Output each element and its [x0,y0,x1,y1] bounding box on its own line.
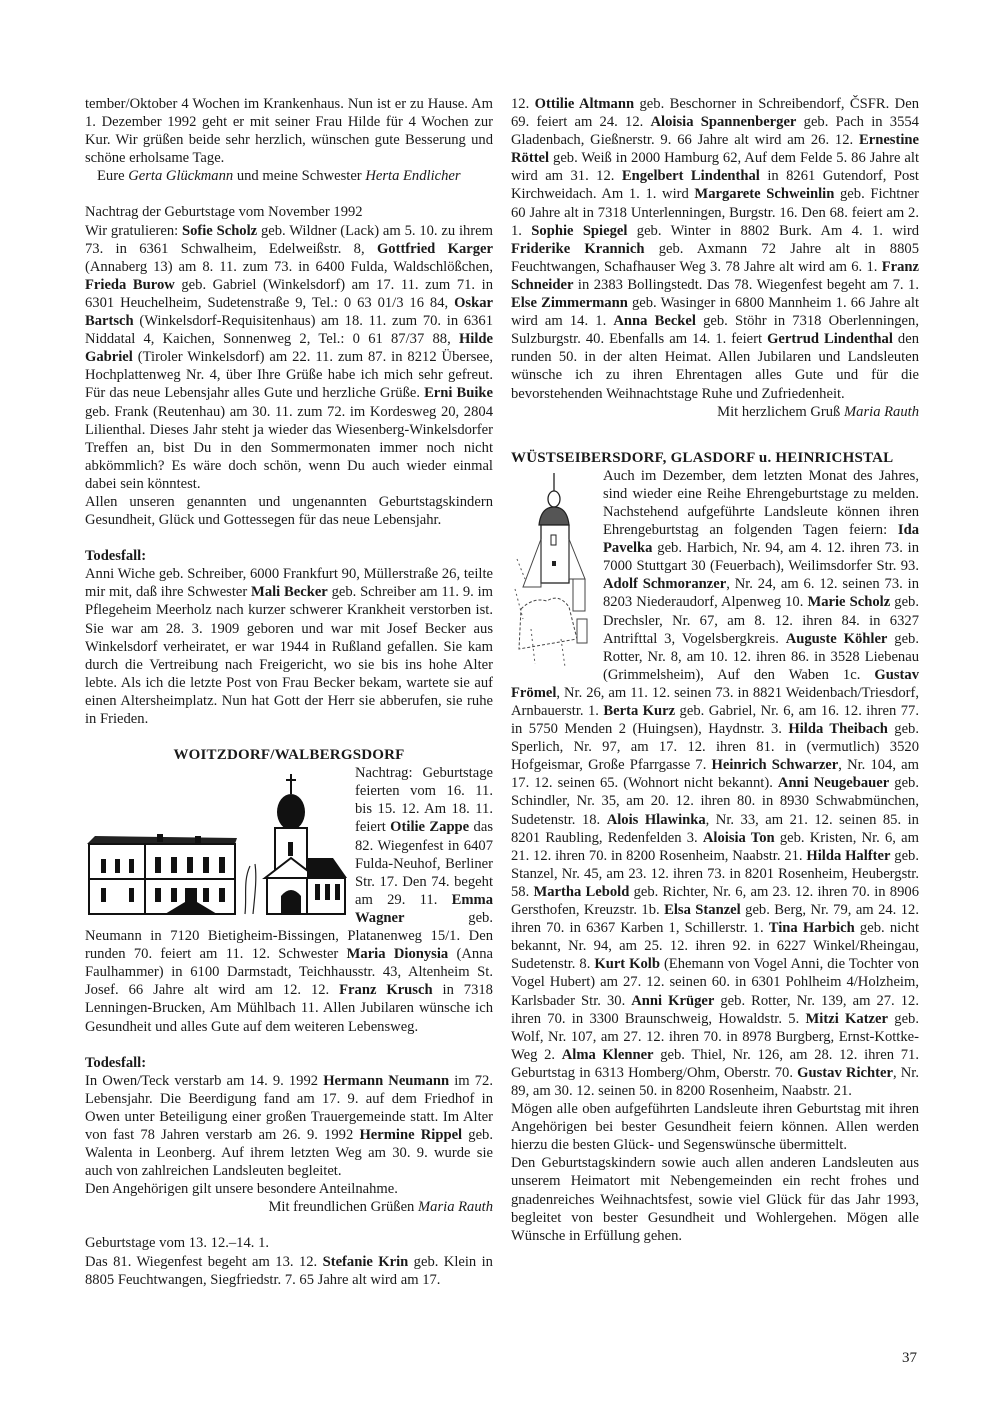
intro-paragraph: tember/Oktober 4 Wochen im Krankenhaus. … [85,95,493,167]
person-name: Berta Kurz [603,703,675,719]
person-name: Heinrich Schwarzer [712,757,839,773]
right-column: 12. Ottilie Altmann geb. Beschorner in S… [511,95,919,1245]
person-name: Mitzi Katzer [806,1011,888,1027]
person-name: Hermine Rippel [359,1127,462,1143]
person-name: Auguste Köhler [786,631,888,647]
signer-name: Maria Rauth [418,1199,493,1215]
person-name: Ernestine Röttel [511,132,919,166]
person-name: Sophie Spiegel [531,223,627,239]
person-name: Martha Lebold [533,884,629,900]
wuestseibersdorf-closing-2: Den Geburtstagskindern sowie auch allen … [511,1154,919,1244]
person-name: Stefanie Krin [323,1254,409,1270]
nachtrag-closing: Allen unseren genannten und ungenannten … [85,493,493,529]
person-name: Anni Neugebauer [778,775,889,791]
person-name: Else Zimmermann [511,295,628,311]
person-name: Gustav Richter [797,1065,893,1081]
signature: Mit freundlichen Grüßen Maria Rauth [85,1198,493,1216]
village-church-illustration [85,766,347,916]
page-number: 37 [902,1350,917,1367]
person-name: Franz Krusch [339,982,432,998]
person-name: Elsa Stanzel [664,902,741,918]
person-name: Engelbert Lindenthal [622,168,760,184]
wuestseibersdorf-closing-1: Mögen alle oben aufgeführten Landsleute … [511,1100,919,1154]
church-tower-sketch [511,469,593,669]
person-name: Franz Schneider [511,259,919,293]
person-name: Hilda Halfter [806,848,890,864]
person-name: Anna Beckel [613,313,696,329]
person-name: Emma Wagner [355,892,493,926]
intro-signature: Eure Gerta Glückmann und meine Schwester… [85,167,493,185]
person-name: Hermann Neumann [323,1073,449,1089]
signature: Mit herzlichem Gruß Maria Rauth [511,403,919,421]
person-name: Gustav Frömel [511,667,919,701]
todesfall-paragraph: In Owen/Teck verstarb am 14. 9. 1992 Her… [85,1072,493,1181]
person-name: Maria Dionysia [347,946,449,962]
signer-name: Herta Endlicher [365,168,460,184]
person-name: Kurt Kolb [594,956,660,972]
person-name: Hilda Theibach [788,721,887,737]
section-heading-wuestseibersdorf: WÜSTSEIBERSDORF, GLASDORF u. HEINRICHSTA… [511,449,919,467]
person-name: Frieda Burow [85,277,175,293]
todesfall-closing: Den Angehörigen gilt unsere besondere An… [85,1180,493,1198]
person-name: Gertrud Lindenthal [767,331,893,347]
continued-paragraph: 12. Ottilie Altmann geb. Beschorner in S… [511,95,919,403]
person-name: Marie Scholz [807,594,890,610]
nachtrag-title: Nachtrag der Geburtstage vom November 19… [85,203,493,221]
nachtrag-paragraph: Wir gratulieren: Sofie Scholz geb. Wildn… [85,222,493,493]
person-name: Erni Buike [424,385,493,401]
signer-name: Gerta Glückmann [128,168,233,184]
person-name: Mali Becker [251,584,328,600]
person-name: Margarete Schweinlin [694,186,834,202]
person-name: Ottilie Altmann [535,96,634,112]
person-name: Aloisia Ton [703,830,775,846]
person-name: Otilie Zappe [390,819,469,835]
person-name: Adolf Schmoranzer [603,576,726,592]
todesfall-heading: Todesfall: [85,547,493,565]
geburtstage-title: Geburtstage vom 13. 12.–14. 1. [85,1234,493,1252]
person-name: Ida Pavelka [603,522,919,556]
person-name: Oskar Bartsch [85,295,493,329]
todesfall-heading: Todesfall: [85,1054,493,1072]
section-heading-woitzdorf: WOITZDORF/WALBERGSDORF [85,746,493,764]
person-name: Sofie Scholz [182,223,257,239]
geburtstage-paragraph: Das 81. Wiegenfest begeht am 13. 12. Ste… [85,1253,493,1289]
person-name: Alois Hlawinka [607,812,706,828]
person-name: Friderike Krannich [511,241,644,257]
person-name: Anni Krüger [631,993,714,1009]
person-name: Gottfried Karger [377,241,493,257]
todesfall-paragraph: Anni Wiche geb. Schreiber, 6000 Frankfur… [85,565,493,728]
person-name: Alma Klenner [562,1047,654,1063]
person-name: Aloisia Spannenberger [651,114,797,130]
signer-name: Maria Rauth [844,404,919,420]
left-column: tember/Oktober 4 Wochen im Krankenhaus. … [85,95,493,1289]
person-name: Hilde Gabriel [85,331,493,365]
person-name: Tina Harbich [769,920,855,936]
